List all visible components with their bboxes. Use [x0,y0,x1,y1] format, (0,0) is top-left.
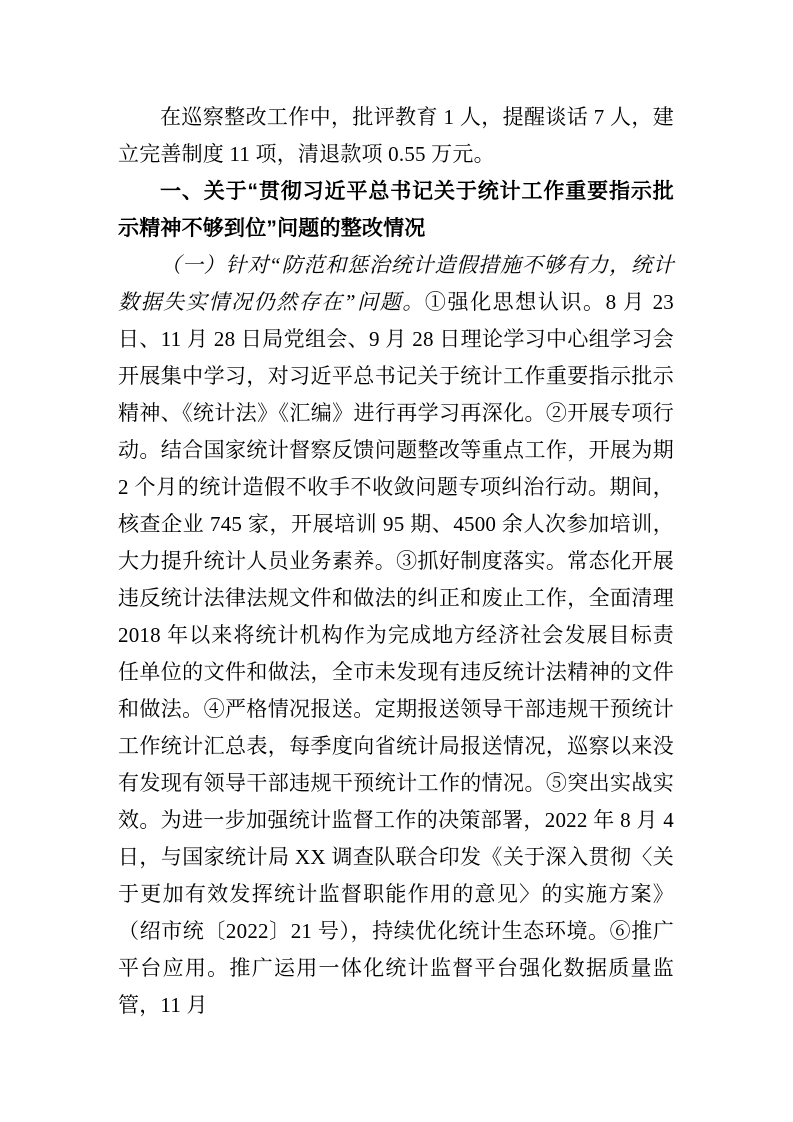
document-text-block: 在巡察整改工作中，批评教育 1 人，提醒谈话 7 人，建立完善制度 11 项，清… [118,99,674,1024]
document-page: 在巡察整改工作中，批评教育 1 人，提醒谈话 7 人，建立完善制度 11 项，清… [0,0,793,1122]
paragraph-inspection-summary: 在巡察整改工作中，批评教育 1 人，提醒谈话 7 人，建立完善制度 11 项，清… [118,99,674,173]
rectification-measures-text: ①强化思想认识。8 月 23 日、11 月 28 日局党组会、9 月 28 日理… [118,290,674,1017]
paragraph-rectification-detail: （一）针对“防范和惩治统计造假措施不够有力，统计数据失实情况仍然存在”问题。①强… [118,247,674,1024]
section-heading-rectification: 一、关于“贯彻习近平总书记关于统计工作重要指示批示精神不够到位”问题的整改情况 [118,173,674,247]
